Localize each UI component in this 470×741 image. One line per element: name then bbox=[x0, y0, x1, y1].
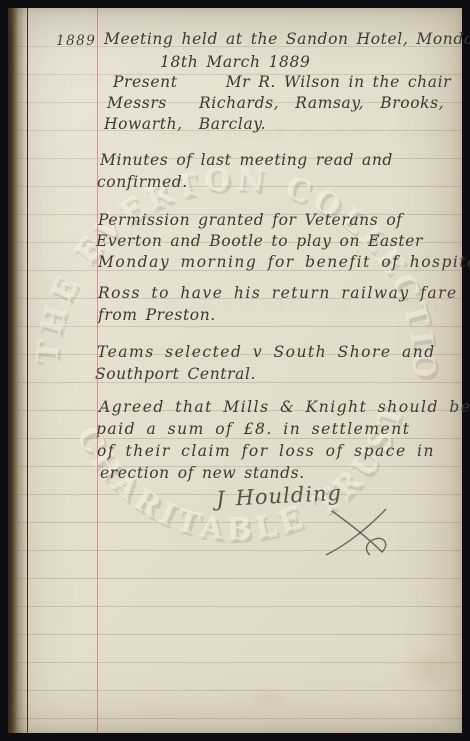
manuscript-line-agreed-3: of their claim for loss of space in bbox=[97, 441, 435, 461]
manuscript-line-permission: Permission granted for Veterans of bbox=[98, 210, 403, 230]
manuscript-line-teams: Teams selected v South Shore and bbox=[97, 342, 436, 362]
manuscript-line-teams-2: Southport Central. bbox=[95, 364, 256, 384]
manuscript-line-ross: Ross to have his return railway fare bbox=[98, 283, 458, 303]
minute-book-scan: THE EVERTON COLLECTION CHARITABLE TRUST … bbox=[0, 0, 470, 741]
manuscript-line-agreed: Agreed that Mills & Knight should be bbox=[99, 397, 470, 417]
book-binding-edge bbox=[8, 8, 28, 733]
red-margin-rule bbox=[97, 8, 98, 733]
manuscript-line-members-2: Howarth, Barclay. bbox=[104, 114, 266, 134]
margin-year: 1889 bbox=[56, 31, 96, 51]
signature-flourish bbox=[318, 506, 398, 558]
manuscript-line-present: Present Mr R. Wilson in the chair bbox=[113, 72, 451, 92]
manuscript-line-members: Messrs Richards, Ramsay, Brooks, bbox=[107, 93, 444, 113]
manuscript-line-date: 18th March 1889 bbox=[160, 52, 310, 72]
manuscript-line-ross-2: from Preston. bbox=[98, 305, 216, 325]
manuscript-line-permission-2: Everton and Bootle to play on Easter bbox=[96, 231, 423, 251]
manuscript-line-minutes-2: confirmed. bbox=[97, 172, 188, 192]
manuscript-line-agreed-4: erection of new stands. bbox=[100, 463, 305, 483]
manuscript-line-permission-3: Monday morning for benefit of hospitals bbox=[98, 252, 470, 272]
manuscript-line-heading: Meeting held at the Sandon Hotel, Monday… bbox=[104, 29, 470, 49]
manuscript-line-minutes: Minutes of last meeting read and bbox=[100, 150, 393, 170]
manuscript-line-agreed-2: paid a sum of £8. in settlement bbox=[96, 419, 410, 439]
